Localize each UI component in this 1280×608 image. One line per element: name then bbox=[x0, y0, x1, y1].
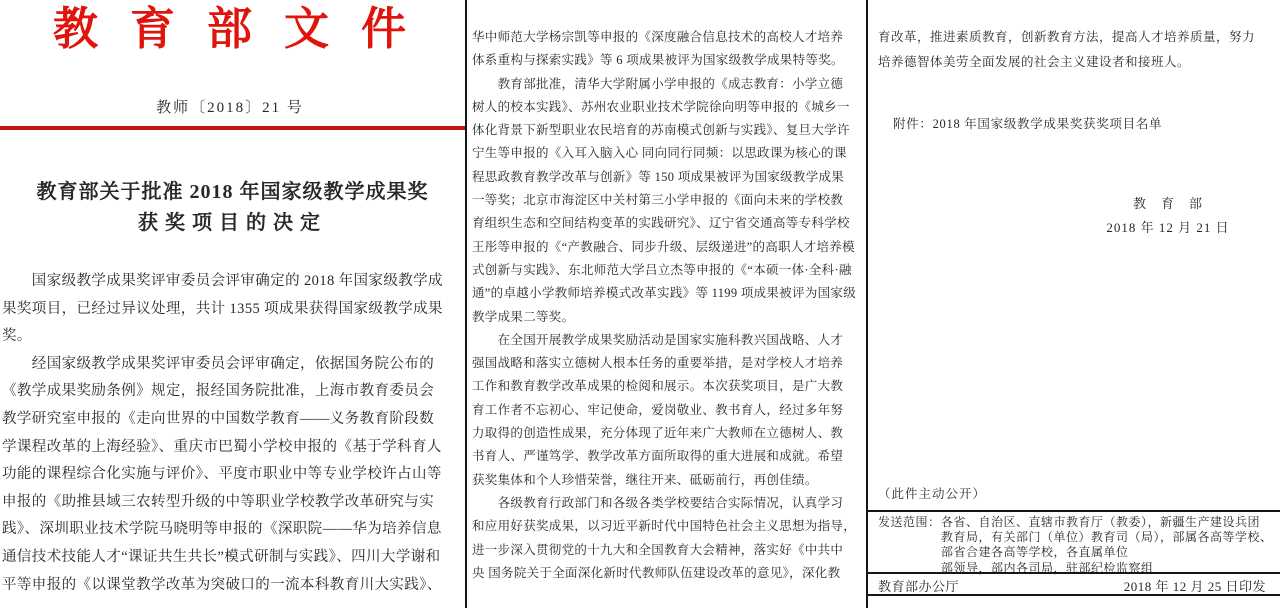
text-line: 强国战略和落实立德树人根本任务的重要举措，是对学校人才培养 bbox=[472, 352, 864, 375]
text-line: 央 国务院关于全面深化新时代教师队伍建设改革的意见》，深化教 bbox=[472, 562, 864, 585]
text-line: 进一步深入贯彻党的十九大和全国教育大会精神，落实好《中共中 bbox=[472, 539, 864, 562]
text-line: 育改革，推进素质教育，创新教育方法，提高人才培养质量，努力 bbox=[878, 25, 1276, 50]
doc-title-line1: 教育部关于批准 2018 年国家级教学成果奖 bbox=[0, 177, 465, 208]
text-line: 体化背景下新型职业农民培育的苏南模式创新与实践》、复旦大学许 bbox=[472, 119, 864, 142]
text-line: 通”的卓越小学教师培养模式改革实践》等 1199 项成果被评为国家级 bbox=[472, 282, 864, 305]
page2-body-text: 华中师范大学杨宗凯等申报的《深度融合信息技术的高校人才培养体系重构与探索实践》等… bbox=[472, 26, 864, 585]
sign-date: 2018 年 12 月 21 日 bbox=[1048, 216, 1280, 240]
text-line: 部省合建各高等学校，各直属单位 bbox=[941, 545, 1277, 560]
text-line: 育组织生态和空间结构变革的实践研究》、辽宁省交通高等专科学校 bbox=[472, 212, 864, 235]
doc-title: 教育部关于批准 2018 年国家级教学成果奖 获奖项目的决定 bbox=[0, 177, 465, 239]
text-line: 和应用好获奖成果，以习近平新时代中国特色社会主义思想为指导， bbox=[472, 515, 864, 538]
ministry-doc-header: 教育部文件 bbox=[53, 3, 438, 55]
footer-rule-top bbox=[868, 510, 1280, 512]
text-line: 一等奖；北京市海淀区中关村第三小学申报的《面向未来的学校教 bbox=[472, 189, 864, 212]
text-line: 式创新与实践》、东北师范大学吕立杰等申报的《“本硕一体·全科·融 bbox=[472, 259, 864, 282]
doc-number: 教师〔2018〕21 号 bbox=[0, 96, 460, 117]
text-line: 通信技术技能人才“课证共生共长”模式研制与实践》、四川大学谢和 bbox=[2, 544, 465, 572]
page-1: 教育部文件 教师〔2018〕21 号 教育部关于批准 2018 年国家级教学成果… bbox=[0, 0, 465, 608]
text-line: 教育部批准，清华大学附属小学申报的《成志教育：小学立德 bbox=[472, 73, 864, 96]
text-line: 华中师范大学杨宗凯等申报的《深度融合信息技术的高校人才培养 bbox=[472, 26, 864, 49]
text-line: 力取得的创造性成果，充分体现了近年来广大教师在立德树人、教 bbox=[472, 422, 864, 445]
distribution-label: 发送范围： bbox=[878, 515, 941, 530]
text-line: 申报的《助推县域三农转型升级的中等职业学校教学改革研究与实 bbox=[2, 489, 465, 517]
text-line: 教学研究室申报的《走向世界的中国数学教育——义务教育阶段数 bbox=[2, 406, 465, 434]
distribution-lines: 各省、自治区、直辖市教育厅（教委），新疆生产建设兵团教育局，有关部门（单位）教育… bbox=[941, 515, 1277, 576]
text-line: 经国家级教学成果奖评审委员会评审确定，依据国务院公布的 bbox=[2, 351, 465, 379]
text-line: 《教学成果奖励条例》规定，报经国务院批准，上海市教育委员会 bbox=[2, 378, 465, 406]
signature-block: 教 育 部 2018 年 12 月 21 日 bbox=[1048, 192, 1280, 240]
attachment-line: 附件：2018 年国家级教学成果奖获奖项目名单 bbox=[893, 114, 1162, 132]
document-viewer: 教育部文件 教师〔2018〕21 号 教育部关于批准 2018 年国家级教学成果… bbox=[0, 0, 1280, 608]
doc-title-line2: 获奖项目的决定 bbox=[0, 208, 465, 239]
text-line: 教育局，有关部门（单位）教育司（局），部属各高等学校、 bbox=[941, 530, 1277, 545]
text-line: 体系重构与探索实践》等 6 项成果被评为国家级教学成果特等奖。 bbox=[472, 49, 864, 72]
text-line: 奖。 bbox=[2, 323, 465, 351]
page3-body-text: 育改革，推进素质教育，创新教育方法，提高人才培养质量，努力培养德智体美劳全面发展… bbox=[878, 25, 1276, 75]
page1-body-text: 国家级教学成果奖评审委员会评审确定的 2018 年国家级教学成果奖项目，已经过异… bbox=[2, 268, 465, 599]
text-line: 获奖集体和个人珍惜荣誉，继往开来、砥砺前行，再创佳绩。 bbox=[472, 469, 864, 492]
text-line: 学课程改革的上海经验》、重庆市巴蜀小学校申报的《基于学科育人 bbox=[2, 434, 465, 462]
print-footer: 教育部办公厅 2018 年 12 月 25 日印发 bbox=[878, 576, 1266, 595]
page-2: 华中师范大学杨宗凯等申报的《深度融合信息技术的高校人才培养体系重构与探索实践》等… bbox=[467, 0, 866, 608]
text-line: 平等申报的《以课堂教学改革为突破口的一流本科教育川大实践》、 bbox=[2, 572, 465, 600]
text-line: 王彤等申报的《“产教融合、同步升级、层级递进”的高职人才培养模 bbox=[472, 236, 864, 259]
text-line: 育工作者不忘初心、牢记使命，爱岗敬业、教书育人，经过多年努 bbox=[472, 399, 864, 422]
issuer-name: 教育部办公厅 bbox=[878, 576, 959, 595]
text-line: 功能的课程综合化实施与评价》、平度市职业中等专业学校许占山等 bbox=[2, 461, 465, 489]
text-line: 果奖项目，已经过异议处理，共计 1355 项成果获得国家级教学成果 bbox=[2, 296, 465, 324]
text-line: 树人的校本实践》、苏州农业职业技术学院徐向明等申报的《城乡一 bbox=[472, 96, 864, 119]
footer-rule-middle bbox=[868, 572, 1280, 574]
text-line: 教学成果二等奖。 bbox=[472, 306, 864, 329]
text-line: 各省、自治区、直辖市教育厅（教委），新疆生产建设兵团 bbox=[941, 515, 1277, 530]
text-line: 各级教育行政部门和各级各类学校要结合实际情况，认真学习 bbox=[472, 492, 864, 515]
text-line: 践》、深圳职业技术学院马晓明等申报的《深职院——华为培养信息 bbox=[2, 516, 465, 544]
text-line: 培养德智体美劳全面发展的社会主义建设者和接班人。 bbox=[878, 50, 1276, 75]
print-date: 2018 年 12 月 25 日印发 bbox=[1124, 576, 1266, 595]
red-rule-divider bbox=[0, 126, 465, 130]
text-line: 宁生等申报的《入耳入脑入心 同向同行同频：以思政课为核心的课 bbox=[472, 142, 864, 165]
footer-rule-bottom bbox=[868, 594, 1280, 596]
page-3: 育改革，推进素质教育，创新教育方法，提高人才培养质量，努力培养德智体美劳全面发展… bbox=[868, 0, 1280, 608]
disclosure-note: （此件主动公开） bbox=[878, 484, 986, 502]
signer-name: 教 育 部 bbox=[1048, 192, 1280, 216]
text-line: 工作和教育教学改革成果的检阅和展示。本次获奖项目，是广大教 bbox=[472, 375, 864, 398]
text-line: 国家级教学成果奖评审委员会评审确定的 2018 年国家级教学成 bbox=[2, 268, 465, 296]
text-line: 在全国开展教学成果奖励活动是国家实施科教兴国战略、人才 bbox=[472, 329, 864, 352]
text-line: 程思政教育教学改革与创新》等 150 项成果被评为国家级教学成果 bbox=[472, 166, 864, 189]
text-line: 书育人、严谨笃学、教学改革方面所取得的重大进展和成就。希望 bbox=[472, 445, 864, 468]
